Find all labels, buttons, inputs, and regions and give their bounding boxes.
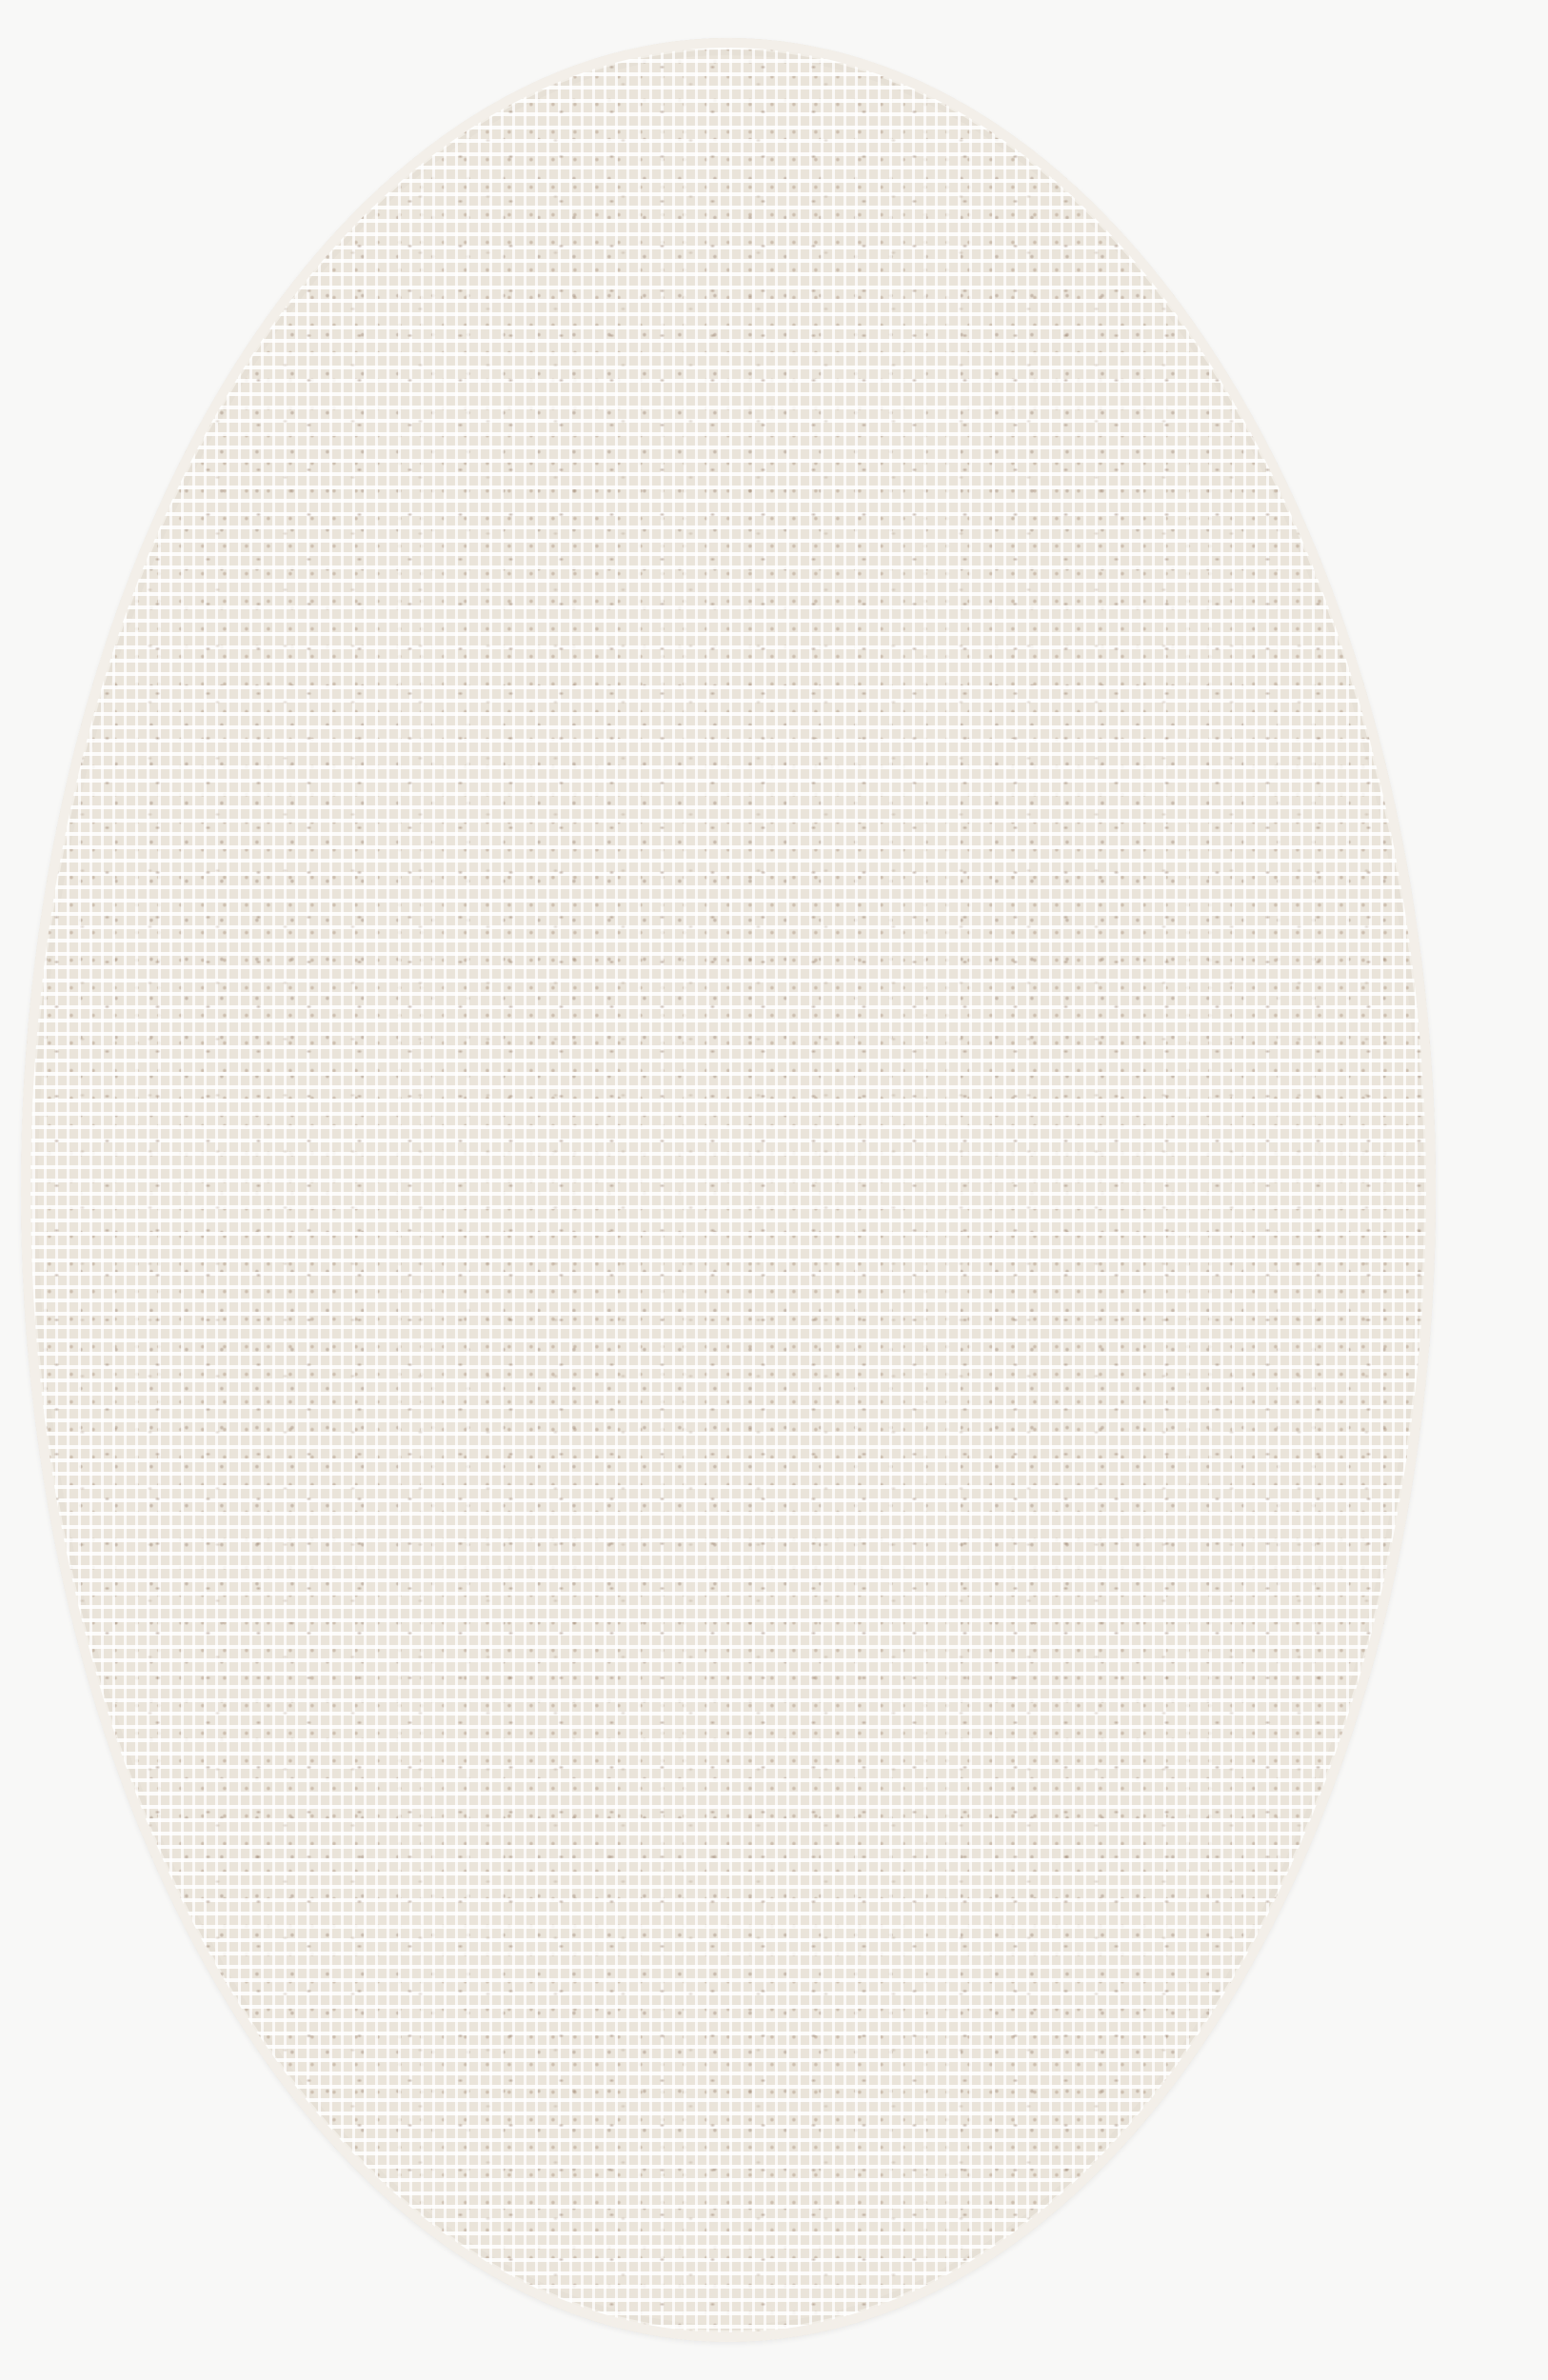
oval-rug	[21, 38, 1436, 2342]
rug-bound-edge	[21, 38, 1436, 2342]
product-photo	[0, 0, 1548, 2380]
